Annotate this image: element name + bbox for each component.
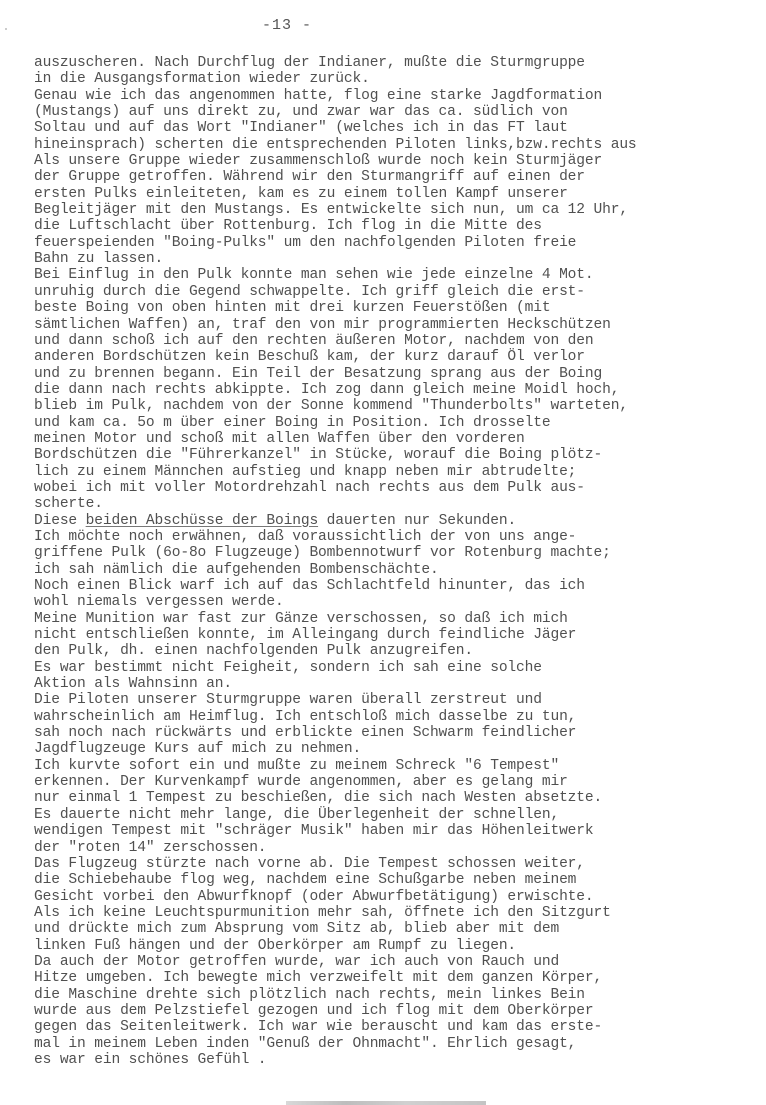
text-line: sah noch nach rückwärts und erblickte ei… (34, 725, 764, 741)
text-line: die Schiebehaube flog weg, nachdem eine … (34, 872, 764, 888)
text-line: feuerspeienden "Boing-Pulks" um den nach… (34, 235, 764, 251)
text-line: auszuscheren. Nach Durchflug der Indiane… (34, 55, 764, 71)
text-line: wurde aus dem Pelzstiefel gezogen und ic… (34, 1003, 764, 1019)
text-line: Noch einen Blick warf ich auf das Schlac… (34, 578, 764, 594)
page-number: -13 - (262, 17, 312, 34)
text-line: Da auch der Motor getroffen wurde, war i… (34, 954, 764, 970)
scan-edge-strip (286, 1101, 486, 1105)
text-line: linken Fuß hängen und der Oberkörper am … (34, 938, 764, 954)
text-line: sämtlichen Waffen) an, traf den von mir … (34, 317, 764, 333)
text-line: wendigen Tempest mit "schräger Musik" ha… (34, 823, 764, 839)
text-line: Das Flugzeug stürzte nach vorne ab. Die … (34, 856, 764, 872)
text-line: gegen das Seitenleitwerk. Ich war wie be… (34, 1019, 764, 1035)
text-line: wahrscheinlich am Heimflug. Ich entschlo… (34, 709, 764, 725)
text-line: meinen Motor und schoß mit allen Waffen … (34, 431, 764, 447)
text-line: nur einmal 1 Tempest zu beschießen, die … (34, 790, 764, 806)
text-line: griffene Pulk (6o-8o Flugzeuge) Bombenno… (34, 545, 764, 561)
text-line: Aktion als Wahnsinn an. (34, 676, 764, 692)
text-line: es war ein schönes Gefühl . (34, 1052, 764, 1068)
text-line: Genau wie ich das angenommen hatte, flog… (34, 88, 764, 104)
text-line: und drückte mich zum Absprung vom Sitz a… (34, 921, 764, 937)
text-line: nicht entschließen konnte, im Alleingang… (34, 627, 764, 643)
text-line: der Gruppe getroffen. Während wir den St… (34, 169, 764, 185)
text-line: blieb im Pulk, nachdem von der Sonne kom… (34, 398, 764, 414)
text-line: Als unsere Gruppe wieder zusammenschloß … (34, 153, 764, 169)
text-line: den Pulk, dh. einen nachfolgenden Pulk a… (34, 643, 764, 659)
text-line: und dann schoß ich auf den rechten äußer… (34, 333, 764, 349)
text-line: unruhig durch die Gegend schwappelte. Ic… (34, 284, 764, 300)
margin-speck (5, 28, 7, 30)
text-line: ersten Pulks einleiteten, kam es zu eine… (34, 186, 764, 202)
text-line: ich sah nämlich die aufgehenden Bombensc… (34, 562, 764, 578)
text-line: die Maschine drehte sich plötzlich nach … (34, 987, 764, 1003)
text-line: und kam ca. 5o m über einer Boing in Pos… (34, 415, 764, 431)
text-line: Ich kurvte sofort ein und mußte zu meine… (34, 758, 764, 774)
text-line: (Mustangs) auf uns direkt zu, und zwar w… (34, 104, 764, 120)
text-line: die dann nach rechts abkippte. Ich zog d… (34, 382, 764, 398)
text-line: Ich möchte noch erwähnen, daß voraussich… (34, 529, 764, 545)
text-line: mal in meinem Leben inden "Genuß der Ohn… (34, 1036, 764, 1052)
text-line: Hitze umgeben. Ich bewegte mich verzweif… (34, 970, 764, 986)
text-line: Es war bestimmt nicht Feigheit, sondern … (34, 660, 764, 676)
typewritten-body: auszuscheren. Nach Durchflug der Indiane… (34, 55, 764, 1068)
text-line: wobei ich mit voller Motordrehzahl nach … (34, 480, 764, 496)
text-line: Jagdflugzeuge Kurs auf mich zu nehmen. (34, 741, 764, 757)
text-line: und zu brennen begann. Ein Teil der Besa… (34, 366, 764, 382)
text-line: Diese beiden Abschüsse der Boings dauert… (34, 513, 764, 529)
text-line: Bordschützen die "Führerkanzel" in Stück… (34, 447, 764, 463)
text-line: Es dauerte nicht mehr lange, die Überleg… (34, 807, 764, 823)
text-line: Soltau und auf das Wort "Indianer" (welc… (34, 120, 764, 136)
text-line: der "roten 14" zerschossen. (34, 840, 764, 856)
text-line: Die Piloten unserer Sturmgruppe waren üb… (34, 692, 764, 708)
text-line: scherte. (34, 496, 764, 512)
underlined-phrase: beiden Abschüsse der Boings (86, 513, 318, 529)
text-line: Begleitjäger mit den Mustangs. Es entwic… (34, 202, 764, 218)
text-line: wohl niemals vergessen werde. (34, 594, 764, 610)
text-line: Bei Einflug in den Pulk konnte man sehen… (34, 267, 764, 283)
text-line: lich zu einem Männchen aufstieg und knap… (34, 464, 764, 480)
text-line: Gesicht vorbei den Abwurfknopf (oder Abw… (34, 889, 764, 905)
text-line: anderen Bordschützen kein Beschuß kam, d… (34, 349, 764, 365)
text-line: die Luftschlacht über Rottenburg. Ich fl… (34, 218, 764, 234)
text-line: Meine Munition war fast zur Gänze versch… (34, 611, 764, 627)
text-line: erkennen. Der Kurvenkampf wurde angenomm… (34, 774, 764, 790)
text-line: hineinsprach) scherten die entsprechende… (34, 137, 764, 153)
text-line: Als ich keine Leuchtspurmunition mehr sa… (34, 905, 764, 921)
text-line: Bahn zu lassen. (34, 251, 764, 267)
text-line: beste Boing von oben hinten mit drei kur… (34, 300, 764, 316)
text-line: in die Ausgangsformation wieder zurück. (34, 71, 764, 87)
